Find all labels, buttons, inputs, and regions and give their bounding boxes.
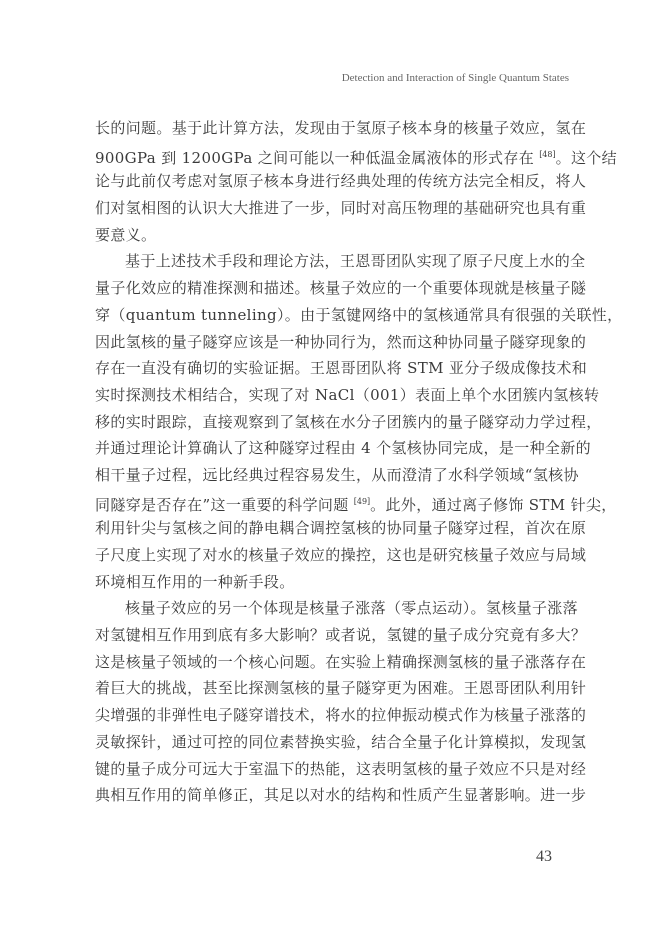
text-line: 相干量子过程，远比经典过程容易发生，从而澄清了水科学领域“氢核协 xyxy=(95,462,571,489)
paragraph-start-line: 基于上述技术手段和理论方法，王恩哥团队实现了原子尺度上水的全 xyxy=(95,248,571,275)
text-line-with-citation: 同隧穿是否存在”这一重要的科学问题 [49]。此外，通过离子修饰 STM 针尖， xyxy=(95,489,571,516)
text-line: 们对氢相图的认识大大推进了一步，同时对高压物理的基础研究也具有重 xyxy=(95,195,571,222)
text-line: 移的实时跟踪，直接观察到了氢核在水分子团簇内的量子隧穿动力学过程， xyxy=(95,409,571,436)
text-line: 量子化效应的精准探测和描述。核量子效应的一个重要体现就是核量子隧 xyxy=(95,275,571,302)
page-number: 43 xyxy=(536,848,552,866)
text-line: 对氢键相互作用到底有多大影响？或者说，氢键的量子成分究竟有多大？ xyxy=(95,622,571,649)
text-line: 长的问题。基于此计算方法，发现由于氢原子核本身的核量子效应，氢在 xyxy=(95,115,571,142)
citation-48[interactable]: [48] xyxy=(539,150,555,159)
text-line: 论与此前仅考虑对氢原子核本身进行经典处理的传统方法完全相反，将人 xyxy=(95,168,571,195)
citation-49[interactable]: [49] xyxy=(354,497,370,506)
text-line: 存在一直没有确切的实验证据。王恩哥团队将 STM 亚分子级成像技术和 xyxy=(95,355,571,382)
text-segment: 同隧穿是否存在”这一重要的科学问题 xyxy=(95,496,349,514)
text-line: 穿（quantum tunneling）。由于氢键网络中的氢核通常具有很强的关联… xyxy=(95,302,571,329)
text-line: 因此氢核的量子隧穿应该是一种协同行为，然而这种协同量子隧穿现象的 xyxy=(95,329,571,356)
text-line: 子尺度上实现了对水的核量子效应的操控，这也是研究核量子效应与局域 xyxy=(95,542,571,569)
paragraph-start-line: 核量子效应的另一个体现是核量子涨落（零点运动）。氢核量子涨落 xyxy=(95,595,571,622)
text-segment: 。此外，通过离子修饰 STM 针尖， xyxy=(370,496,616,514)
text-line: 典相互作用的简单修正，其足以对水的结构和性质产生显著影响。进一步 xyxy=(95,782,571,809)
text-line: 着巨大的挑战，甚至比探测氢核的量子隧穿更为困难。王恩哥团队利用针 xyxy=(95,675,571,702)
text-line: 要意义。 xyxy=(95,222,571,249)
text-line: 实时探测技术相结合，实现了对 NaCl（001）表面上单个水团簇内氢核转 xyxy=(95,382,571,409)
text-line: 灵敏探针，通过可控的同位素替换实验，结合全量子化计算模拟，发现氢 xyxy=(95,729,571,756)
text-line: 并通过理论计算确认了这种隧穿过程由 4 个氢核协同完成，是一种全新的 xyxy=(95,435,571,462)
text-line: 利用针尖与氢核之间的静电耦合调控氢核的协同量子隧穿过程，首次在原 xyxy=(95,515,571,542)
text-line: 尖增强的非弹性电子隧穿谱技术，将水的拉伸振动模式作为核量子涨落的 xyxy=(95,702,571,729)
text-line: 键的量子成分可远大于室温下的热能，这表明氢核的量子效应不只是对经 xyxy=(95,756,571,783)
running-header-title: Detection and Interaction of Single Quan… xyxy=(342,72,569,84)
text-line: 这是核量子领域的一个核心问题。在实验上精确探测氢核的量子涨落存在 xyxy=(95,649,571,676)
body-text: 长的问题。基于此计算方法，发现由于氢原子核本身的核量子效应，氢在 900GPa … xyxy=(95,115,571,809)
text-line: 环境相互作用的一种新手段。 xyxy=(95,569,571,596)
text-line-with-citation: 900GPa 到 1200GPa 之间可能以一种低温金属液体的形式存在 [48]… xyxy=(95,142,571,169)
text-segment: 。这个结 xyxy=(556,149,617,167)
text-segment: 900GPa 到 1200GPa 之间可能以一种低温金属液体的形式存在 xyxy=(95,149,534,167)
